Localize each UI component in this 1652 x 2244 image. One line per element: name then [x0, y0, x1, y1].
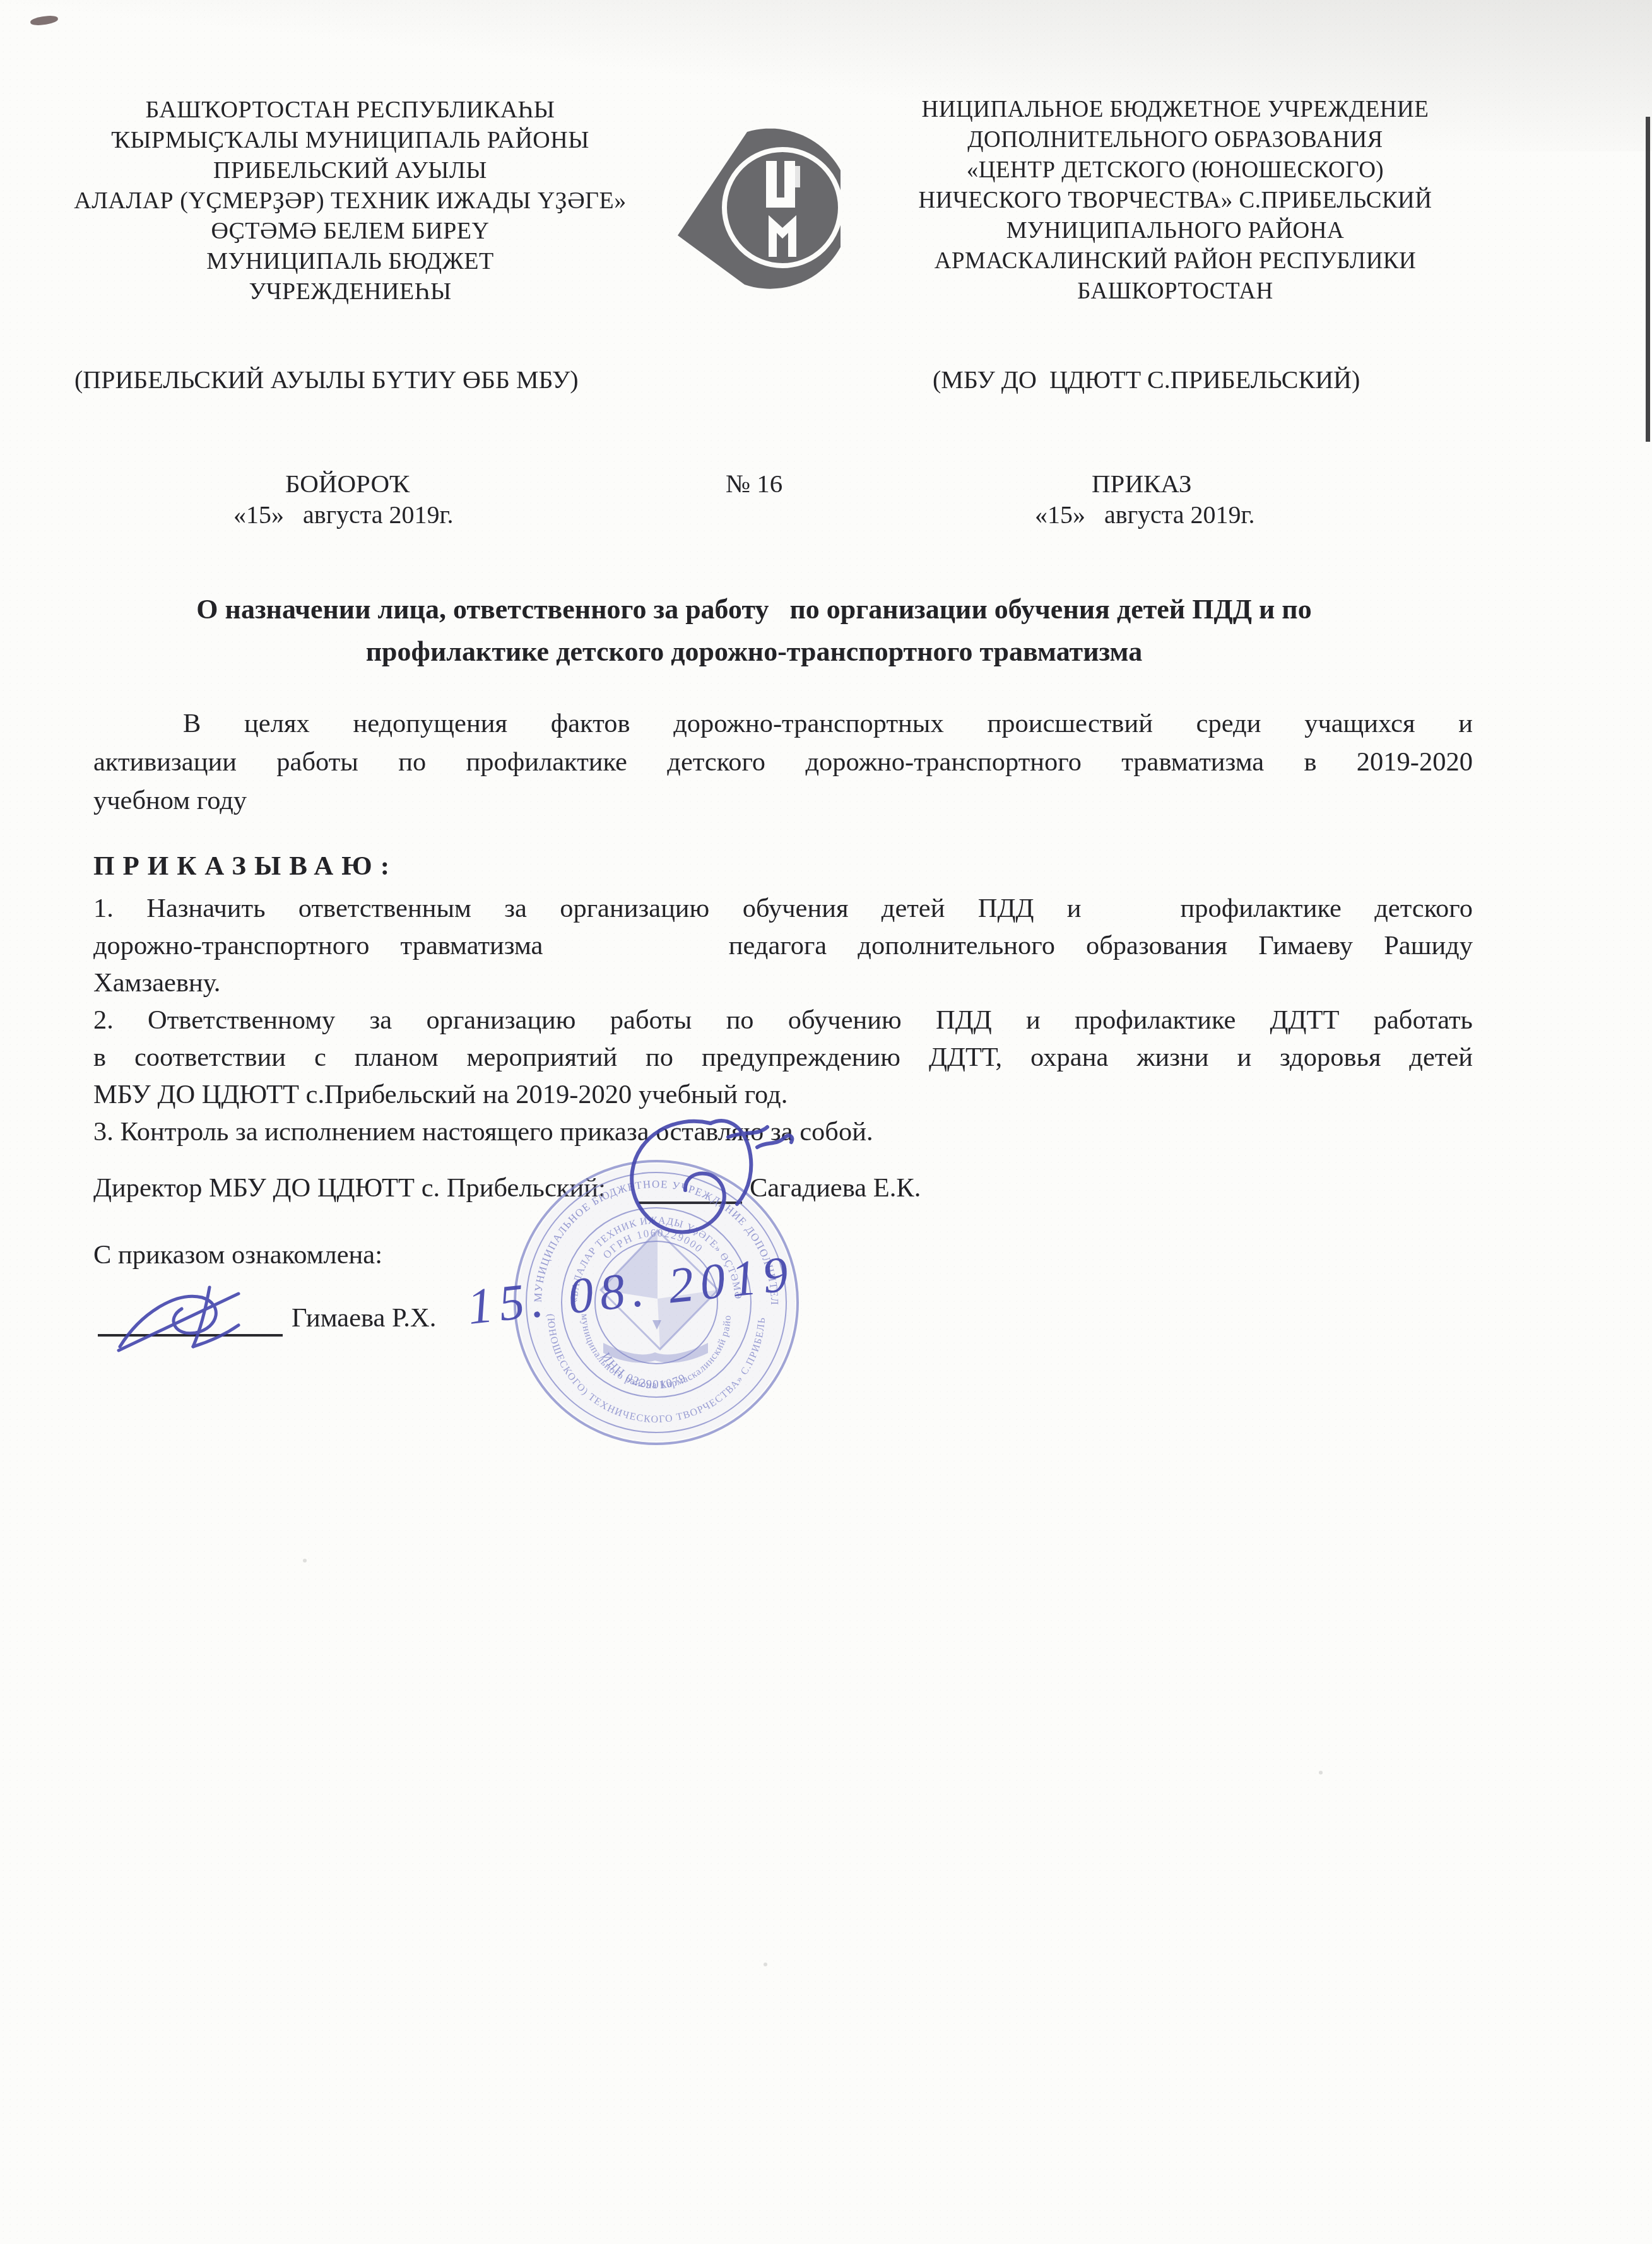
svg-text:ИНН 022901079: ИНН 022901079 — [599, 1350, 689, 1391]
letterhead-russian: НИЦИПАЛЬНОЕ БЮДЖЕТНОЕ УЧРЕЖДЕНИЕ ДОПОЛНИ… — [852, 95, 1499, 307]
order-word-bashkir: БОЙОРОҠ — [285, 468, 410, 499]
letterhead-line: АЛАЛАР (ҮҪМЕРҘӘР) ТЕХНИК ИЖАДЫ ҮҘӘГЕ» — [57, 186, 644, 216]
letterhead-line: «ЦЕНТР ДЕТСКОГО (ЮНОШЕСКОГО) — [852, 155, 1499, 186]
scan-artifact-dot — [764, 1963, 767, 1966]
letterhead-line: БАШКОРТОСТАН — [852, 276, 1499, 307]
scanned-order-document: БАШҠОРТОСТАН РЕСПУБЛИКАҺЫ ҠЫРМЫҪҠАЛЫ МУН… — [0, 0, 1652, 2244]
scan-artifact-dot — [1319, 1771, 1323, 1775]
preamble-line: активизации работы по профилактике детск… — [93, 743, 1473, 781]
stamp-inn-text: ИНН 022901079 — [599, 1350, 689, 1391]
order-item-line: 2. Ответственному за организацию работы … — [93, 1001, 1473, 1039]
scan-artifact-speck — [30, 15, 58, 27]
order-title: О назначении лица, ответственного за раб… — [107, 588, 1401, 673]
order-item-line: 1. Назначить ответственным за организаци… — [93, 890, 1473, 927]
director-signature-label: Директор МБУ ДО ЦДЮТТ с. Прибельский: — [93, 1172, 606, 1203]
decree-word: ПРИКАЗЫВАЮ: — [93, 851, 398, 882]
order-word-russian: ПРИКАЗ — [1092, 468, 1192, 499]
preamble-line: В целях недопущения фактов дорожно-транс… — [93, 704, 1473, 743]
acknowledged-person-name: Гимаева Р.Х. — [292, 1302, 436, 1333]
scan-artifact-dot — [303, 1559, 307, 1562]
letterhead-line: ДОПОЛНИТЕЛЬНОГО ОБРАЗОВАНИЯ — [852, 125, 1499, 155]
order-title-line: О назначении лица, ответственного за раб… — [107, 588, 1401, 630]
letterhead-line: НИЧЕСКОГО ТВОРЧЕСТВА» С.ПРИБЕЛЬСКИЙ — [852, 186, 1499, 216]
director-signature — [598, 1109, 815, 1258]
order-number: № 16 — [726, 468, 782, 499]
letterhead-line: МУНИЦИПАЛЬНОГО РАЙОНА — [852, 216, 1499, 246]
acknowledgement-label: С приказом ознакомлена: — [93, 1239, 382, 1270]
letterhead-line: ПРИБЕЛЬСКИЙ АУЫЛЫ — [57, 155, 644, 186]
org-abbrev-russian: (МБУ ДО ЦДЮТТ С.ПРИБЕЛЬСКИЙ) — [933, 365, 1360, 394]
order-preamble: В целях недопущения фактов дорожно-транс… — [93, 704, 1473, 820]
letterhead-line: НИЦИПАЛЬНОЕ БЮДЖЕТНОЕ УЧРЕЖДЕНИЕ — [852, 95, 1499, 125]
letterhead-line: ӨҪТӘМӘ БЕЛЕМ БИРЕҮ — [57, 216, 644, 246]
handwritten-date: 15. 08. 2019 — [465, 1245, 798, 1337]
acknowledgement-signature — [115, 1276, 266, 1355]
order-item-line: дорожно-транспортного травматизма педаго… — [93, 927, 1473, 964]
letterhead-line: АРМАСКАЛИНСКИЙ РАЙОН РЕСПУБЛИКИ — [852, 246, 1499, 276]
letterhead-line: УЧРЕЖДЕНИЕҺЫ — [57, 276, 644, 307]
order-title-line: профилактике детского дорожно-транспортн… — [107, 630, 1401, 673]
org-abbrev-bashkir: (ПРИБЕЛЬСКИЙ АУЫЛЫ БҮТИҮ ӨББ МБУ) — [74, 365, 579, 394]
letterhead-line: МУНИЦИПАЛЬ БЮДЖЕТ — [57, 246, 644, 276]
order-item-line: в соответствии с планом мероприятий по п… — [93, 1039, 1473, 1076]
preamble-line: учебном году — [93, 781, 1473, 820]
letterhead-line: БАШҠОРТОСТАН РЕСПУБЛИКАҺЫ — [57, 95, 644, 125]
order-item-line: Хамзаевну. — [93, 964, 1473, 1001]
order-date-right: «15» августа 2019г. — [1035, 500, 1254, 529]
letterhead-bashkir: БАШҠОРТОСТАН РЕСПУБЛИКАҺЫ ҠЫРМЫҪҠАЛЫ МУН… — [57, 95, 644, 307]
order-date-left: «15» августа 2019г. — [233, 500, 453, 529]
letterhead-line: ҠЫРМЫҪҠАЛЫ МУНИЦИПАЛЬ РАЙОНЫ — [57, 125, 644, 155]
order-item-line: МБУ ДО ЦДЮТТ с.Прибельский на 2019-2020 … — [93, 1076, 1473, 1113]
organization-logo-icon — [674, 122, 841, 296]
scan-artifact-edge-line — [1646, 117, 1650, 442]
